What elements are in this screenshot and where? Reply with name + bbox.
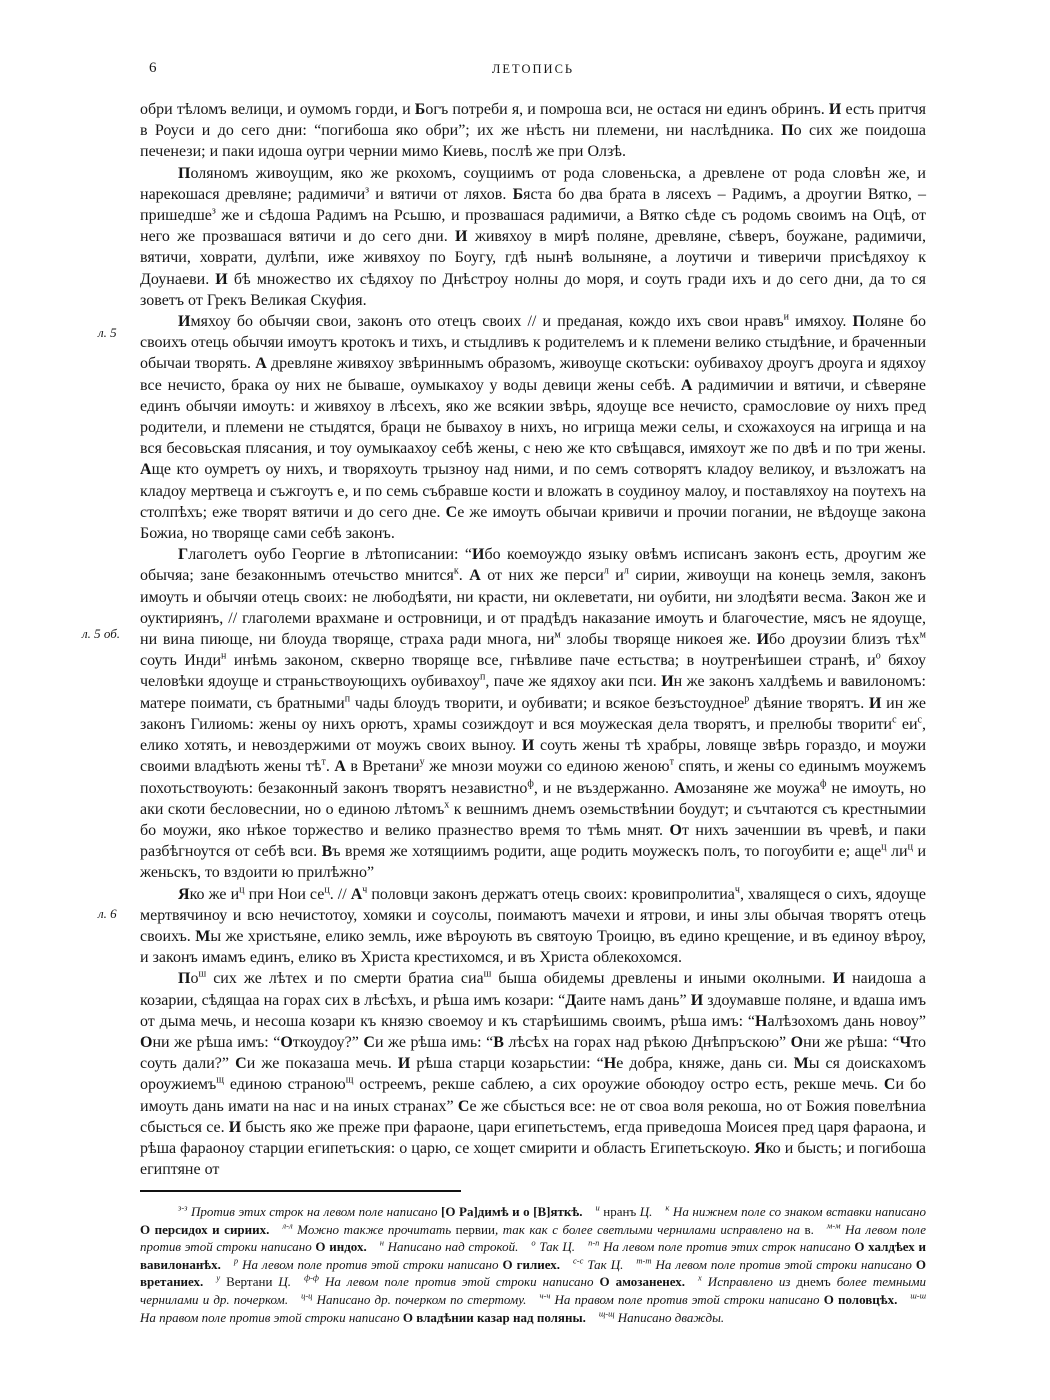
paragraph-glagolet: Глаголетъ оубо Георгие в лѣтописании: “И… (140, 544, 926, 883)
document-page: 6 ЛЕТОПИСЬ л. 5 л. 5 об. л. 6 обри тѣлом… (0, 0, 1050, 1400)
critical-apparatus: з-з Против этих строк на левом поле напи… (140, 1203, 926, 1326)
paragraph-polyanom: Поляномъ живоущим, яко же ркохомъ, соущи… (140, 163, 926, 311)
running-title: ЛЕТОПИСЬ (140, 62, 926, 77)
paragraph-obri: обри тѣломъ велици, и оумомъ горди, и Бо… (140, 99, 926, 163)
folio-note-l5: л. 5 (98, 325, 117, 341)
chronicle-text-block: обри тѣломъ велици, и оумомъ горди, и Бо… (140, 99, 926, 1180)
paragraph-kozari: Пош сих же лѣтех и по смерти братиа сиаш… (140, 968, 926, 1180)
folio-note-l5ob: л. 5 об. (82, 626, 120, 642)
footnote-separator-rule (140, 1190, 461, 1192)
folio-note-l6: л. 6 (98, 906, 117, 922)
paragraph-imyahou: Имяхоу бо обычяи свои, законъ ото отецъ … (140, 311, 926, 544)
paragraph-polovtsi: Яко же иц при Нои сец. // Ач половци зак… (140, 884, 926, 969)
